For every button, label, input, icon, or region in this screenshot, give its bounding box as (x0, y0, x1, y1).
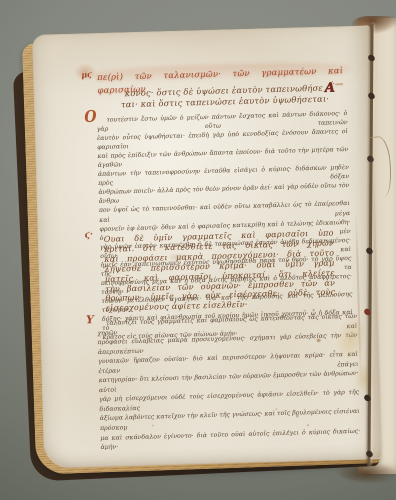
parchment-freckle (296, 415, 299, 418)
parchment-stain (353, 362, 376, 395)
decorated-initial: Ο (84, 108, 97, 127)
manuscript-photo: μϛ πε(ρὶ) τῶν ταλανισμῶν· τῶν γραμματέων… (0, 0, 396, 500)
marginal-chapter-number: μϛ (81, 69, 93, 80)
manuscript-page: μϛ πε(ρὶ) τῶν ταλανισμῶν· τῶν γραμματέων… (32, 25, 382, 468)
paragraph-mark: ϛ· (84, 230, 94, 241)
parchment-freckle (287, 431, 289, 433)
commentary-block-2: ταλανίζει τοὺς γραμματεῖς καὶ φαρισαίους… (97, 312, 361, 453)
lemma-block-2: Ουαι δὲ ὑμῖν γραμματεῖς καὶ φαρισαῖοι ὑπ… (104, 228, 336, 314)
lemma-block-1: κονος· ὅστις δὲ ὑψώσει ἑαυτὸν ταπεινωθήσ… (121, 82, 338, 111)
marginal-initial: Υ (86, 313, 94, 326)
